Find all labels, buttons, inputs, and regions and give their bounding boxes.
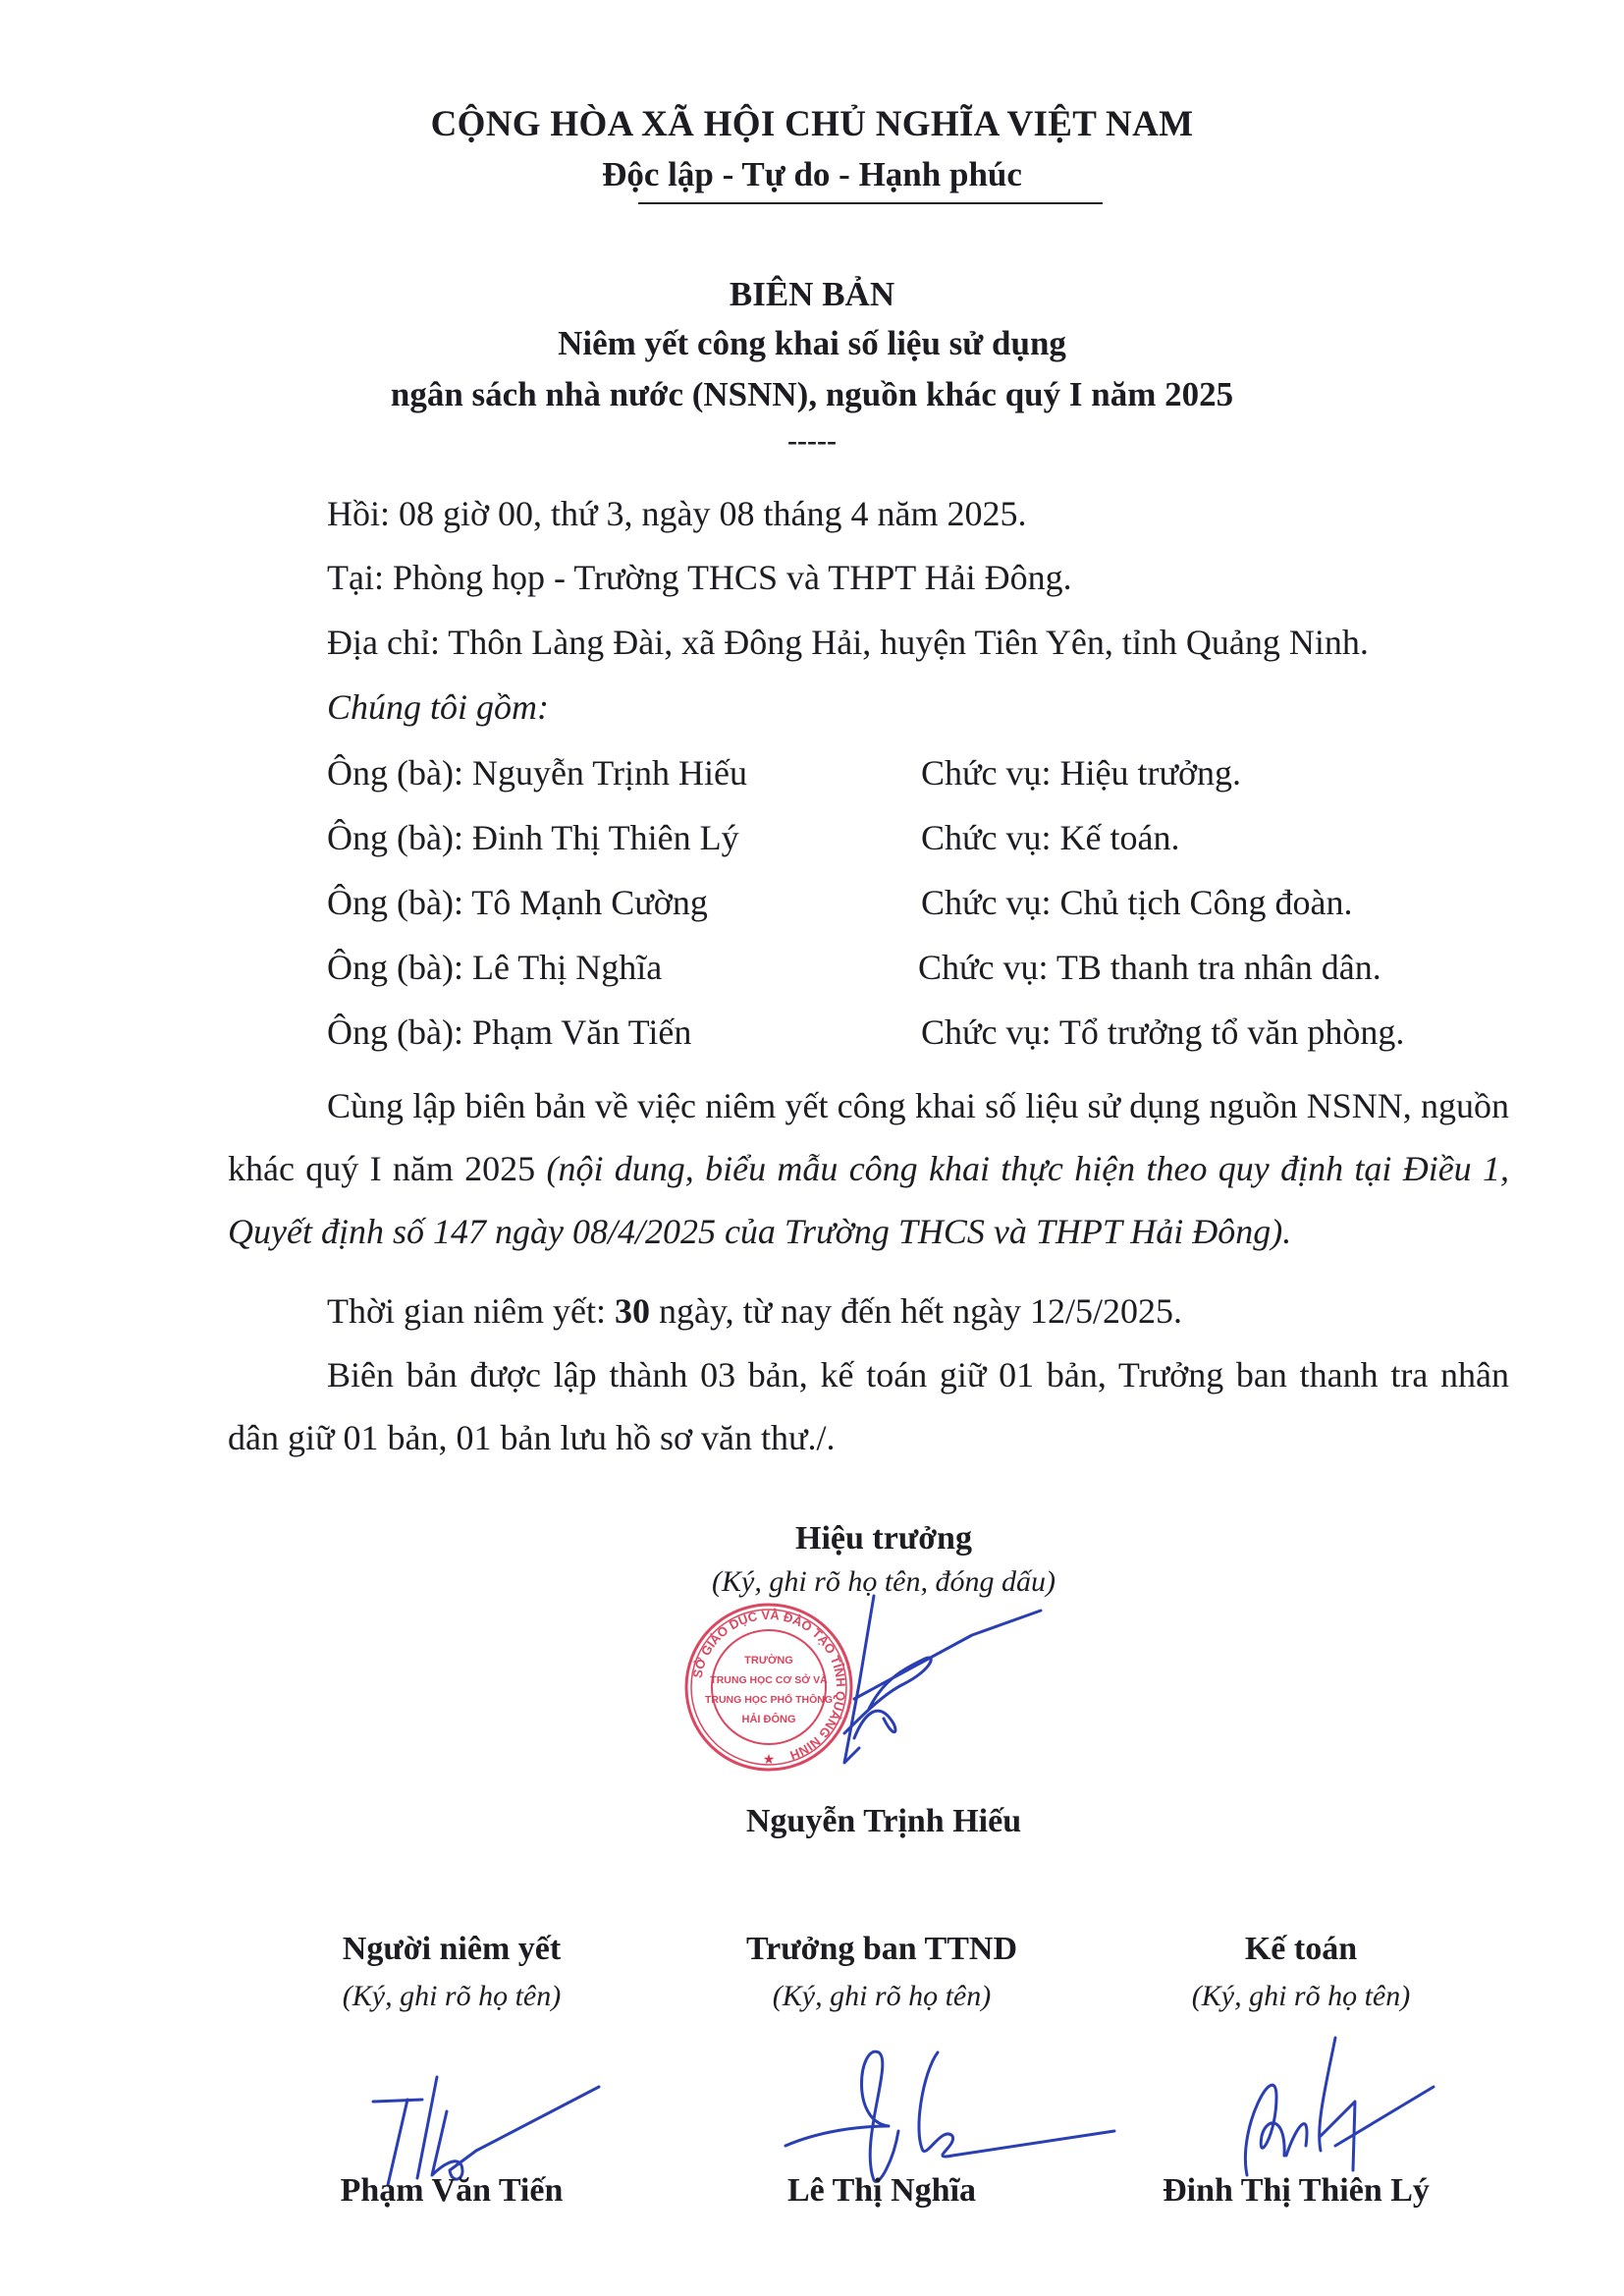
document-type: BIÊN BẢN (0, 275, 1624, 314)
document-subject-line-1: Niêm yết công khai số liệu sử dụng (0, 324, 1624, 363)
document-subject-line-2: ngân sách nhà nước (NSNN), nguồn khác qu… (0, 375, 1624, 414)
principal-title: Hiệu trưởng (648, 1520, 1119, 1558)
signer-title: Người niêm yết (216, 1931, 687, 1968)
posting-prefix: Thời gian niêm yết: (327, 1291, 615, 1331)
attendee-position: Chức vụ: Tổ trưởng tổ văn phòng. (921, 1011, 1404, 1053)
attendee-name: Ông (bà): Tô Mạnh Cường (327, 882, 708, 923)
seal-line: TRƯỜNG (744, 1654, 793, 1667)
motto-underline (638, 202, 1103, 204)
signer-name: Lê Thị Nghĩa (646, 2172, 1117, 2210)
principal-name: Nguyễn Trịnh Hiếu (648, 1803, 1119, 1840)
signature-name-wrap: Phạm Văn Tiến (216, 2172, 687, 2210)
title-separator: ----- (0, 424, 1624, 458)
signature-inspection-head-icon (781, 2033, 1114, 2190)
attendee-position: Chức vụ: Kế toán. (921, 817, 1179, 858)
principal-name-wrap: Nguyễn Trịnh Hiếu (648, 1803, 1119, 1840)
signer-name: Đinh Thị Thiên Lý (1060, 2172, 1532, 2210)
signer-note: (Ký, ghi rõ họ tên) (216, 1980, 687, 2013)
signature-name-wrap: Đinh Thị Thiên Lý (1060, 2172, 1532, 2210)
signature-block-inspection-head: Trưởng ban TTND (Ký, ghi rõ họ tên) (646, 1931, 1117, 2013)
attendee-name: Ông (bà): Phạm Văn Tiến (327, 1011, 691, 1053)
meeting-address: Địa chỉ: Thôn Làng Đài, xã Đông Hải, huy… (327, 622, 1369, 663)
attendees-label: Chúng tôi gồm: (327, 686, 549, 728)
signer-title: Kế toán (1065, 1931, 1537, 1968)
signer-name: Phạm Văn Tiến (216, 2172, 687, 2210)
signature-block-poster: Người niêm yết (Ký, ghi rõ họ tên) (216, 1931, 687, 2013)
attendee-position: Chức vụ: Hiệu trưởng. (921, 752, 1241, 793)
seal-line: TRUNG HỌC PHỔ THÔNG (705, 1693, 833, 1706)
attendee-name: Ông (bà): Lê Thị Nghĩa (327, 947, 662, 988)
attendee-name: Ông (bà): Đinh Thị Thiên Lý (327, 817, 739, 858)
signature-poster-icon (363, 2062, 619, 2190)
meeting-time: Hồi: 08 giờ 00, thứ 3, ngày 08 tháng 4 n… (327, 493, 1027, 534)
content-paragraph: Cùng lập biên bản về việc niêm yết công … (228, 1074, 1509, 1263)
signature-name-wrap: Lê Thị Nghĩa (646, 2172, 1117, 2210)
posting-days: 30 (615, 1291, 650, 1331)
signer-note: (Ký, ghi rõ họ tên) (1065, 1980, 1537, 2013)
meeting-place: Tại: Phòng họp - Trường THCS và THPT Hải… (327, 557, 1072, 598)
principal-signature-block: Hiệu trưởng (Ký, ghi rõ họ tên, đóng dấu… (648, 1520, 1119, 1599)
attendee-position: Chức vụ: Chủ tịch Công đoàn. (921, 882, 1353, 923)
national-motto: Độc lập - Tự do - Hạnh phúc (0, 155, 1624, 194)
seal-line: HẢI ĐÔNG (742, 1713, 796, 1725)
signature-accountant-icon (1208, 2028, 1443, 2195)
signature-block-accountant: Kế toán (Ký, ghi rõ họ tên) (1065, 1931, 1537, 2013)
signer-note: (Ký, ghi rõ họ tên) (646, 1980, 1117, 2013)
principal-signature-icon (825, 1591, 1080, 1797)
attendee-position: Chức vụ: TB thanh tra nhân dân. (918, 947, 1381, 988)
posting-suffix: ngày, từ nay đến hết ngày 12/5/2025. (650, 1291, 1182, 1331)
national-title: CỘNG HÒA XÃ HỘI CHỦ NGHĨA VIỆT NAM (0, 103, 1624, 145)
seal-line: TRUNG HỌC CƠ SỞ VÀ (710, 1673, 828, 1686)
posting-period: Thời gian niêm yết: 30 ngày, từ nay đến … (228, 1280, 1509, 1342)
signer-title: Trưởng ban TTND (646, 1931, 1117, 1968)
attendee-name: Ông (bà): Nguyễn Trịnh Hiếu (327, 752, 747, 793)
svg-text:★: ★ (763, 1753, 776, 1768)
copies-paragraph: Biên bản được lập thành 03 bản, kế toán … (228, 1343, 1509, 1469)
